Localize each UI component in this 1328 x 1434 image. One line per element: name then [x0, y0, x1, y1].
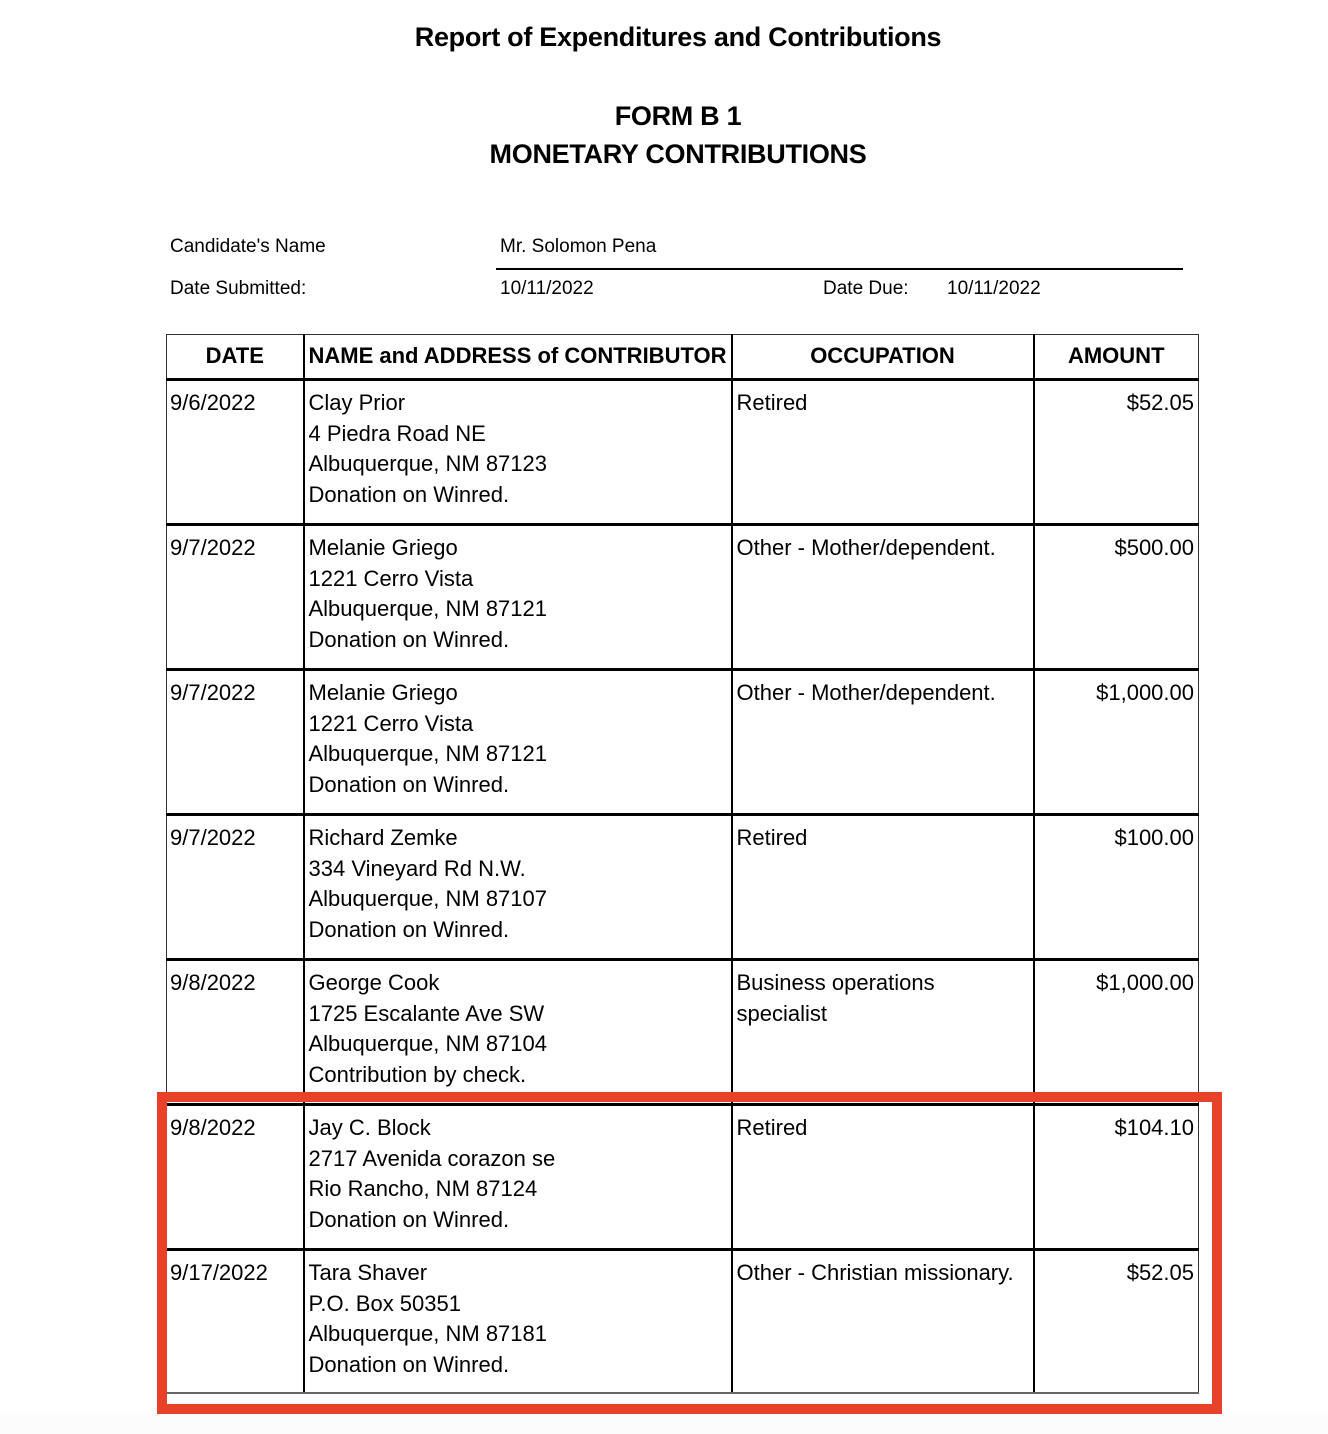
contributor-address-line1: 1221 Cerro Vista	[309, 564, 728, 595]
occupation-cell: Business operationsspecialist	[732, 960, 1034, 1105]
occupation-line1: Retired	[737, 823, 1030, 854]
occupation-line1: Other - Christian missionary.	[737, 1258, 1030, 1289]
date-cell: 9/6/2022	[167, 380, 304, 525]
contribution-date: 9/8/2022	[170, 968, 300, 999]
report-title: Report of Expenditures and Contributions	[0, 22, 1328, 53]
contributor-name: Tara Shaver	[309, 1258, 728, 1289]
table-header-row: DATE NAME and ADDRESS of CONTRIBUTOR OCC…	[167, 335, 1199, 380]
page-bottom-margin	[0, 1413, 1328, 1434]
contribution-note: Donation on Winred.	[309, 480, 728, 511]
contribution-note: Donation on Winred.	[309, 1205, 728, 1236]
table-row: 9/17/2022Tara ShaverP.O. Box 50351Albuqu…	[167, 1250, 1199, 1394]
contributor-cell: Richard Zemke334 Vineyard Rd N.W.Albuque…	[304, 815, 732, 960]
form-name: FORM B 1	[0, 101, 1328, 132]
date-cell: 9/17/2022	[167, 1250, 304, 1394]
column-header-occupation: OCCUPATION	[732, 335, 1034, 380]
contributor-address-line2: Albuquerque, NM 87123	[309, 449, 728, 480]
contributor-address-line2: Albuquerque, NM 87181	[309, 1319, 728, 1350]
amount-cell: $500.00	[1034, 525, 1199, 670]
occupation-cell: Retired	[732, 815, 1034, 960]
occupation-line1: Retired	[737, 388, 1030, 419]
contributor-address-line2: Albuquerque, NM 87121	[309, 739, 728, 770]
candidate-name-underline	[496, 268, 1183, 270]
contributor-cell: Clay Prior4 Piedra Road NEAlbuquerque, N…	[304, 380, 732, 525]
contribution-date: 9/7/2022	[170, 678, 300, 709]
column-header-date: DATE	[167, 335, 304, 380]
contributor-name: Jay C. Block	[309, 1113, 728, 1144]
occupation-line1: Other - Mother/dependent.	[737, 678, 1030, 709]
amount-cell: $52.05	[1034, 1250, 1199, 1394]
contributor-name: Melanie Griego	[309, 533, 728, 564]
contribution-date: 9/17/2022	[170, 1258, 300, 1289]
contributor-name: Melanie Griego	[309, 678, 728, 709]
occupation-cell: Other - Mother/dependent.	[732, 525, 1034, 670]
contribution-note: Donation on Winred.	[309, 1350, 728, 1381]
contribution-date: 9/7/2022	[170, 533, 300, 564]
contributor-address-line2: Albuquerque, NM 87121	[309, 594, 728, 625]
contribution-amount: $1,000.00	[1038, 678, 1195, 709]
contribution-amount: $104.10	[1038, 1113, 1195, 1144]
contributor-cell: George Cook1725 Escalante Ave SWAlbuquer…	[304, 960, 732, 1105]
occupation-cell: Other - Christian missionary.	[732, 1250, 1034, 1394]
occupation-line1: Business operations	[737, 968, 1030, 999]
contributor-name: George Cook	[309, 968, 728, 999]
contributor-address-line1: 4 Piedra Road NE	[309, 419, 728, 450]
occupation-cell: Other - Mother/dependent.	[732, 670, 1034, 815]
contribution-amount: $52.05	[1038, 388, 1195, 419]
occupation-cell: Retired	[732, 380, 1034, 525]
contributor-name: Richard Zemke	[309, 823, 728, 854]
amount-cell: $1,000.00	[1034, 670, 1199, 815]
form-subtitle: MONETARY CONTRIBUTIONS	[0, 139, 1328, 170]
contributor-cell: Jay C. Block2717 Avenida corazon seRio R…	[304, 1105, 732, 1250]
amount-cell: $100.00	[1034, 815, 1199, 960]
contribution-note: Donation on Winred.	[309, 625, 728, 656]
date-cell: 9/7/2022	[167, 670, 304, 815]
contribution-note: Donation on Winred.	[309, 915, 728, 946]
table-row: 9/7/2022Richard Zemke334 Vineyard Rd N.W…	[167, 815, 1199, 960]
contribution-date: 9/7/2022	[170, 823, 300, 854]
column-header-name-address: NAME and ADDRESS of CONTRIBUTOR	[304, 335, 732, 380]
amount-cell: $52.05	[1034, 380, 1199, 525]
contributor-address-line2: Albuquerque, NM 87104	[309, 1029, 728, 1060]
contributor-cell: Melanie Griego1221 Cerro VistaAlbuquerqu…	[304, 670, 732, 815]
contributor-address-line1: P.O. Box 50351	[309, 1289, 728, 1320]
contributor-address-line1: 2717 Avenida corazon se	[309, 1144, 728, 1175]
table-row: 9/7/2022Melanie Griego1221 Cerro VistaAl…	[167, 525, 1199, 670]
candidate-name-value: Mr. Solomon Pena	[500, 236, 656, 258]
amount-cell: $1,000.00	[1034, 960, 1199, 1105]
contribution-amount: $1,000.00	[1038, 968, 1195, 999]
occupation-line1: Retired	[737, 1113, 1030, 1144]
contribution-date: 9/6/2022	[170, 388, 300, 419]
contributor-address-line2: Albuquerque, NM 87107	[309, 884, 728, 915]
contribution-amount: $52.05	[1038, 1258, 1195, 1289]
amount-cell: $104.10	[1034, 1105, 1199, 1250]
occupation-cell: Retired	[732, 1105, 1034, 1250]
column-header-amount: AMOUNT	[1034, 335, 1199, 380]
date-submitted-label: Date Submitted:	[170, 278, 306, 300]
occupation-line1: Other - Mother/dependent.	[737, 533, 1030, 564]
date-submitted-value: 10/11/2022	[500, 278, 594, 300]
date-cell: 9/8/2022	[167, 1105, 304, 1250]
date-cell: 9/8/2022	[167, 960, 304, 1105]
contributor-address-line1: 1725 Escalante Ave SW	[309, 999, 728, 1030]
date-due-value: 10/11/2022	[947, 278, 1041, 300]
table-row: 9/8/2022Jay C. Block2717 Avenida corazon…	[167, 1105, 1199, 1250]
contribution-amount: $500.00	[1038, 533, 1195, 564]
occupation-line2: specialist	[737, 999, 1030, 1030]
table-row: 9/7/2022Melanie Griego1221 Cerro VistaAl…	[167, 670, 1199, 815]
candidate-name-label: Candidate's Name	[170, 236, 326, 258]
contributions-table: DATE NAME and ADDRESS of CONTRIBUTOR OCC…	[166, 334, 1199, 1394]
contribution-note: Contribution by check.	[309, 1060, 728, 1091]
contributor-address-line1: 1221 Cerro Vista	[309, 709, 728, 740]
contributor-address-line1: 334 Vineyard Rd N.W.	[309, 854, 728, 885]
table-row: 9/6/2022Clay Prior4 Piedra Road NEAlbuqu…	[167, 380, 1199, 525]
contributor-cell: Melanie Griego1221 Cerro VistaAlbuquerqu…	[304, 525, 732, 670]
contribution-note: Donation on Winred.	[309, 770, 728, 801]
contribution-amount: $100.00	[1038, 823, 1195, 854]
table-row: 9/8/2022George Cook1725 Escalante Ave SW…	[167, 960, 1199, 1105]
contribution-date: 9/8/2022	[170, 1113, 300, 1144]
contributor-address-line2: Rio Rancho, NM 87124	[309, 1174, 728, 1205]
contributor-cell: Tara ShaverP.O. Box 50351Albuquerque, NM…	[304, 1250, 732, 1394]
contributor-name: Clay Prior	[309, 388, 728, 419]
date-cell: 9/7/2022	[167, 525, 304, 670]
date-cell: 9/7/2022	[167, 815, 304, 960]
date-due-label: Date Due:	[823, 278, 909, 300]
